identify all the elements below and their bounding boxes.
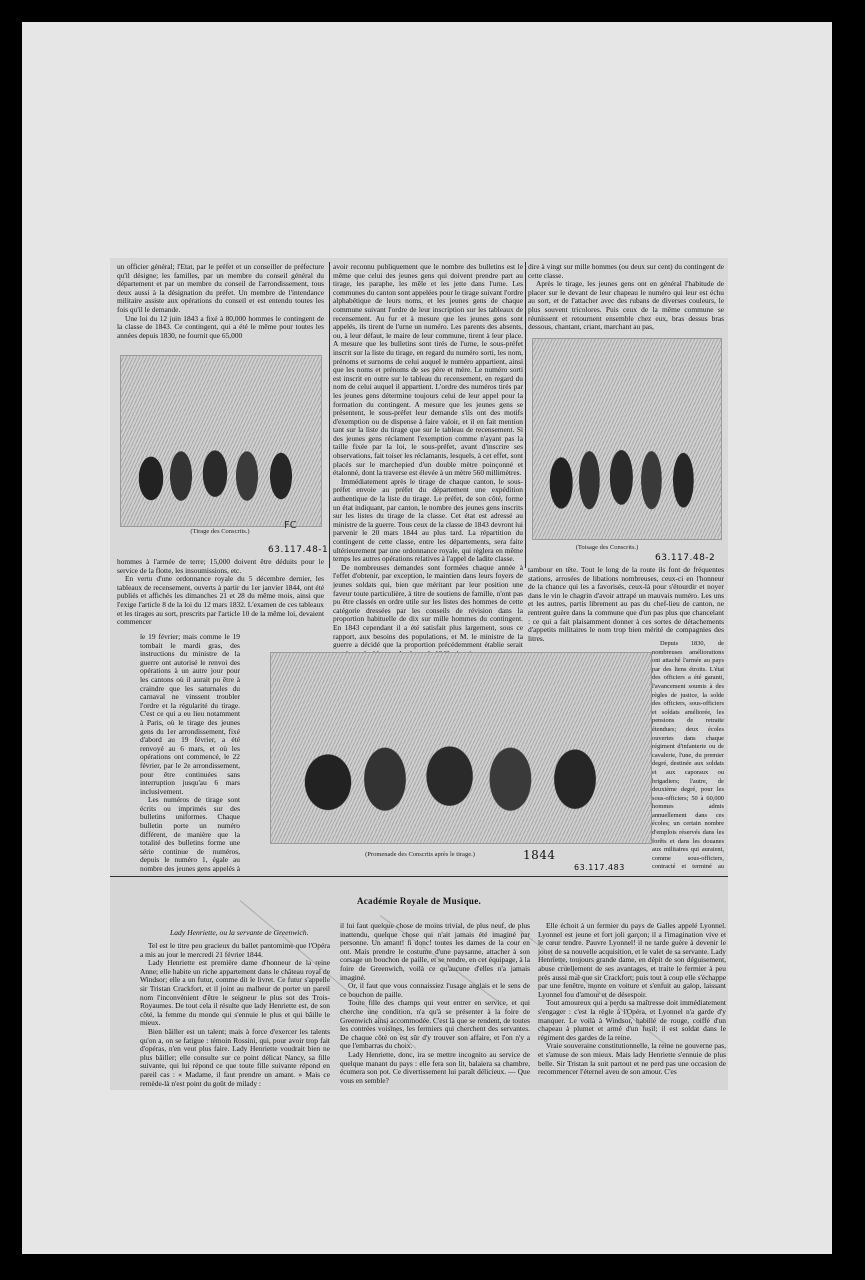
paragraph: tambour en tête. Tout le long de la rout…: [528, 566, 724, 643]
column-rule: [329, 262, 330, 568]
article-column-1-narrow: le 19 février; mais comme le 19 tombait …: [140, 633, 240, 899]
column-rule: [525, 262, 526, 568]
paragraph: Tout amoureux qui a perdu sa maîtresse d…: [538, 999, 726, 1042]
article-column-1-bottom: hommes à l'armée de terre; 15,000 doiven…: [117, 558, 324, 627]
paragraph: Elle échoit à un fermier du pays de Gall…: [538, 922, 726, 999]
paragraph: il lui faut quelque chose de moins trivi…: [340, 922, 530, 982]
paragraph: hommes à l'armée de terre; 15,000 doiven…: [117, 558, 324, 575]
opera-column-1: Tel est le titre peu gracieux du ballet …: [140, 942, 330, 1088]
engraving-tirage-des-conscrits: [120, 355, 322, 527]
paragraph: De nombreuses demandes sont formées chaq…: [333, 564, 523, 659]
paragraph: Après le tirage, les jeunes gens ont en …: [528, 280, 724, 332]
paragraph: avoir reconnu publiquement que le nombre…: [333, 263, 523, 478]
engraving-toisage-des-conscrits: [532, 338, 722, 540]
paragraph: Or, il faut que vous connaissiez l'usage…: [340, 982, 530, 999]
paragraph: Vraie souveraine constitutionnelle, la r…: [538, 1042, 726, 1076]
paragraph: Une loi du 12 juin 1843 a fixé à 80,000 …: [117, 315, 324, 341]
opera-column-3: Elle échoit à un fermier du pays de Gall…: [538, 922, 726, 1077]
paragraph: Lady Henriette est première dame d'honne…: [140, 959, 330, 1028]
article-column-3-bottom: tambour en tête. Tout le long de la rout…: [528, 566, 724, 643]
inventory-number: 63.117.48-1: [268, 545, 328, 555]
opera-column-2: il lui faut quelque chose de moins trivi…: [340, 922, 530, 1085]
illustration-caption: (Toisage des Conscrits.): [532, 544, 682, 551]
engraving-promenade-des-conscrits: [270, 652, 652, 844]
inventory-number: 63.117.48-2: [655, 553, 715, 563]
paragraph: Lady Henriette, donc, ira se mettre inco…: [340, 1051, 530, 1085]
article-column-1-top: un officier général; l'Etat, par le préf…: [117, 263, 324, 340]
paragraph: dire à vingt sur mille hommes (ou deux s…: [528, 263, 724, 280]
paragraph: Bien bâiller est un talent; mais à force…: [140, 1028, 330, 1088]
inventory-number: 63.117.483: [574, 863, 625, 872]
paragraph: le 19 février; mais comme le 19 tombait …: [140, 633, 240, 796]
paragraph: un officier général; l'Etat, par le préf…: [117, 263, 324, 315]
article-column-2: avoir reconnu publiquement que le nombre…: [333, 263, 523, 658]
section-divider: [110, 876, 728, 877]
handwritten-year: 1844: [523, 848, 556, 862]
paragraph: Immédiatement après le tirage de chaque …: [333, 478, 523, 564]
article-column-3-top: dire à vingt sur mille hommes (ou deux s…: [528, 263, 724, 332]
illustration-caption: (Tirage des Conscrits.): [120, 528, 320, 535]
illustration-caption: (Promenade des Conscrits après le tirage…: [340, 851, 500, 858]
article-subtitle: Lady Henriette, ou la servante de Greenw…: [170, 928, 308, 937]
paragraph: En vertu d'une ordonnance royale du 5 dé…: [117, 575, 324, 627]
article-title: Académie Royale de Musique.: [110, 896, 728, 906]
